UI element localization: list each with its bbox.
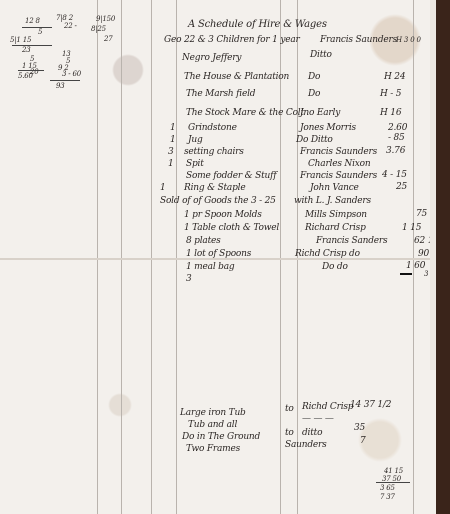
amount: H 16 <box>380 108 401 118</box>
calc: 9|150 <box>96 15 115 23</box>
to: Do Ditto <box>296 135 333 145</box>
to: John Vance <box>310 183 359 193</box>
tally: 3 65 <box>380 484 395 492</box>
calc: 93 <box>56 82 65 90</box>
calc-rule <box>50 80 80 81</box>
item: 8 plates <box>186 236 221 246</box>
ledger-page: 12 8 5 5|1 15 23 5 1 15 20 5.60 7|8 2 22… <box>0 0 440 514</box>
amount: 3.76 <box>386 146 405 156</box>
ditto-dashes: — — — <box>302 414 334 424</box>
item: Some fodder & Stuff <box>186 171 276 181</box>
item: 1 pr Spoon Molds <box>184 210 262 220</box>
to: Richard Crisp <box>305 223 366 233</box>
calc: 7|8 2 <box>56 14 73 22</box>
amount: 14 37 1/2 <box>350 400 391 410</box>
qty: 1 <box>168 159 174 169</box>
to: Saunders <box>285 440 327 450</box>
to: Jno Early <box>300 108 340 118</box>
item: The Stock Mare & the Colt <box>186 108 304 118</box>
background-edge <box>436 0 450 514</box>
calc-rule <box>22 27 52 28</box>
item: The House & Plantation <box>184 72 289 82</box>
amount: H 3 0 0 <box>396 36 421 44</box>
amount: 4 - 15 <box>382 170 407 180</box>
to-mark: to <box>285 428 294 438</box>
to: Do <box>308 72 320 82</box>
to: Richd Crisp do <box>295 249 360 259</box>
item: 1 lot of Spoons <box>186 249 251 259</box>
item: 1 meal bag <box>186 262 234 272</box>
to: Jones Morris <box>300 123 356 133</box>
amount: 1 60 <box>406 261 425 271</box>
amount: 25 <box>396 182 407 192</box>
item: Jug <box>188 135 203 145</box>
calc: 23 <box>22 46 31 54</box>
item: Large iron Tub <box>180 408 246 418</box>
item: Grindstone <box>188 123 237 133</box>
page-heading: A Schedule of Hire & Wages <box>188 19 327 30</box>
column-rule <box>97 0 98 514</box>
item: setting chairs <box>184 147 244 157</box>
ink-mark <box>400 273 412 275</box>
item: Two Frames <box>186 444 240 454</box>
to: Charles Nixon <box>308 159 370 169</box>
to: Francis Saunders <box>300 171 377 181</box>
column-rule <box>176 0 177 514</box>
item: Ring & Staple <box>184 183 245 193</box>
calc: 3 - 60 <box>62 70 81 78</box>
amount: 2.60 <box>388 123 407 133</box>
amount: 7 <box>360 436 366 446</box>
amount: 35 <box>354 423 365 433</box>
calc-rule <box>18 70 44 71</box>
calc: 27 <box>104 35 113 43</box>
section-heading: Sold of of Goods the 3 - 25 <box>160 196 276 206</box>
item: The Marsh field <box>186 89 255 99</box>
column-rule <box>151 0 152 514</box>
qty: 3 <box>168 147 174 157</box>
item: Spit <box>186 159 204 169</box>
to-mark: to <box>285 404 294 414</box>
column-rule <box>121 0 122 514</box>
to: Francis Saunders <box>320 35 397 45</box>
to: Do do <box>322 262 348 272</box>
item: 3 <box>186 274 192 284</box>
to: Do <box>308 89 320 99</box>
column-rule <box>413 0 414 514</box>
to: Francis Sanders <box>316 236 387 246</box>
to: Ditto <box>310 50 332 60</box>
calc: 5|1 15 <box>10 36 31 44</box>
qty: 1 <box>170 123 176 133</box>
qty: 1 <box>170 135 176 145</box>
calc: 12 8 <box>25 17 40 25</box>
amount: 90 <box>418 249 429 259</box>
tally: 7 37 <box>380 493 395 501</box>
section-heading-to: with L. J. Sanders <box>294 196 371 206</box>
item: 1 Table cloth & Towel <box>184 223 279 233</box>
to: ditto <box>302 428 322 438</box>
to: Francis Saunders <box>300 147 377 157</box>
tally-rule <box>376 482 410 483</box>
calc-rule <box>12 45 52 46</box>
calc: 8|25 <box>91 25 106 33</box>
calc: 5.60 <box>18 72 33 80</box>
to: Richd Crisp <box>302 402 353 412</box>
amount: 1 15 <box>402 223 421 233</box>
item: Do in The Ground <box>182 432 260 442</box>
tally: 41 15 <box>384 467 403 475</box>
qty: 1 <box>160 183 166 193</box>
calc: 22 - <box>64 22 77 30</box>
amount: H - 5 <box>380 89 401 99</box>
amount: 75 <box>416 209 427 219</box>
to: Mills Simpson <box>305 210 367 220</box>
item: Negro Jeffery <box>182 53 241 63</box>
amount: H 24 <box>384 72 405 82</box>
amount: - 85 <box>388 133 405 143</box>
calc: 5 <box>38 28 42 36</box>
item: Geo 22 & 3 Children for 1 year <box>164 35 300 45</box>
item: Tub and all <box>188 420 237 430</box>
